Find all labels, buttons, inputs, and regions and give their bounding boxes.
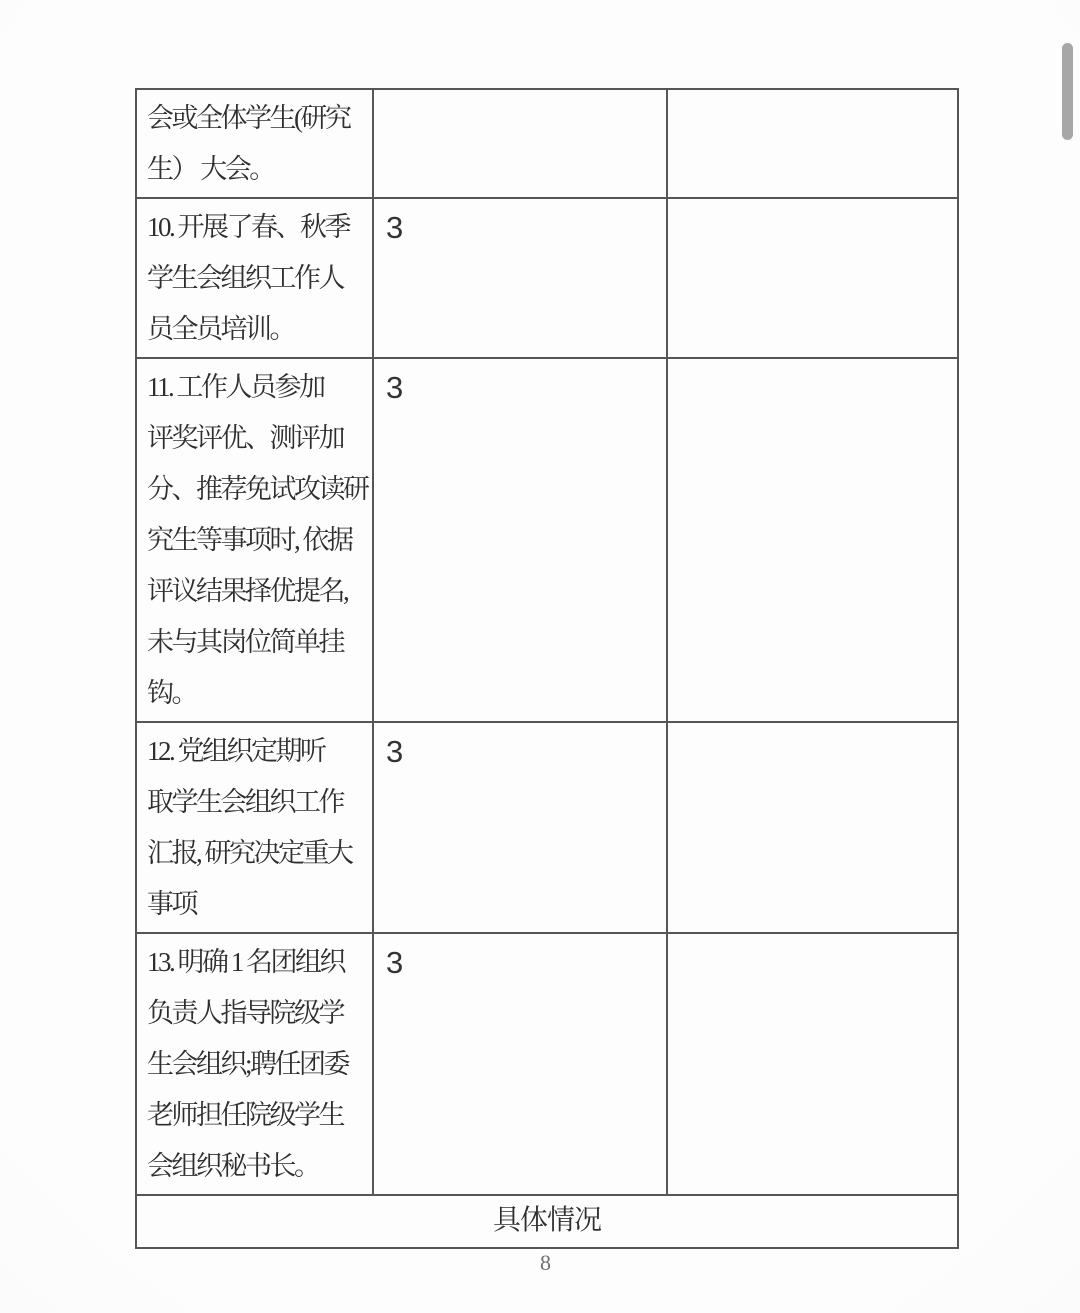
criteria-cell: 10. 开展了春、秋季学生会组织工作人员全员培训。 — [136, 198, 373, 358]
criteria-line: 会或全体学生(研究 — [147, 93, 368, 144]
criteria-line: 取学生会组织工作 — [147, 777, 368, 828]
score-cell: 3 — [373, 358, 667, 722]
criteria-line: 老师担任院级学生 — [147, 1090, 368, 1141]
criteria-line: 12. 党组织定期听 — [147, 726, 368, 777]
criteria-line: 分、推荐免试攻读研 — [147, 464, 368, 515]
criteria-line: 未与其岗位简单挂 — [147, 617, 368, 668]
criteria-cell: 会或全体学生(研究生） 大会。 — [136, 89, 373, 198]
table-row: 会或全体学生(研究生） 大会。 — [136, 89, 958, 198]
criteria-line: 10. 开展了春、秋季 — [147, 202, 368, 253]
criteria-line: 事项 — [147, 879, 368, 930]
scrollbar-thumb[interactable] — [1062, 43, 1073, 140]
criteria-cell: 12. 党组织定期听取学生会组织工作汇报, 研究决定重大事项 — [136, 722, 373, 933]
page-number: 8 — [135, 1250, 957, 1276]
criteria-line: 评奖评优、测评加 — [147, 413, 368, 464]
criteria-line: 钩。 — [147, 668, 368, 719]
notes-cell — [667, 933, 958, 1195]
table-footer-row: 具体情况 — [136, 1195, 958, 1248]
criteria-line: 负责人指导院级学 — [147, 988, 368, 1039]
criteria-line: 员全员培训。 — [147, 304, 368, 355]
criteria-line: 学生会组织工作人 — [147, 253, 368, 304]
table-row: 12. 党组织定期听取学生会组织工作汇报, 研究决定重大事项3 — [136, 722, 958, 933]
criteria-cell: 13. 明确 1 名团组织负责人指导院级学生会组织;聘任团委老师担任院级学生会组… — [136, 933, 373, 1195]
criteria-line: 评议结果择优提名, — [147, 566, 368, 617]
assessment-table-body: 会或全体学生(研究生） 大会。10. 开展了春、秋季学生会组织工作人员全员培训。… — [136, 89, 958, 1195]
notes-cell — [667, 89, 958, 198]
criteria-line: 汇报, 研究决定重大 — [147, 828, 368, 879]
notes-cell — [667, 722, 958, 933]
criteria-line: 13. 明确 1 名团组织 — [147, 937, 368, 988]
table-footer-cell: 具体情况 — [136, 1195, 958, 1248]
criteria-line: 生会组织;聘任团委 — [147, 1039, 368, 1090]
criteria-line: 会组织秘书长。 — [147, 1141, 368, 1192]
document-page: 会或全体学生(研究生） 大会。10. 开展了春、秋季学生会组织工作人员全员培训。… — [0, 0, 1080, 1313]
assessment-table: 会或全体学生(研究生） 大会。10. 开展了春、秋季学生会组织工作人员全员培训。… — [135, 88, 959, 1249]
score-cell: 3 — [373, 198, 667, 358]
score-cell — [373, 89, 667, 198]
criteria-line: 11. 工作人员参加 — [147, 362, 368, 413]
criteria-cell: 11. 工作人员参加评奖评优、测评加分、推荐免试攻读研究生等事项时, 依据评议结… — [136, 358, 373, 722]
table-row: 10. 开展了春、秋季学生会组织工作人员全员培训。3 — [136, 198, 958, 358]
table-row: 11. 工作人员参加评奖评优、测评加分、推荐免试攻读研究生等事项时, 依据评议结… — [136, 358, 958, 722]
notes-cell — [667, 358, 958, 722]
notes-cell — [667, 198, 958, 358]
score-cell: 3 — [373, 722, 667, 933]
table-row: 13. 明确 1 名团组织负责人指导院级学生会组织;聘任团委老师担任院级学生会组… — [136, 933, 958, 1195]
score-cell: 3 — [373, 933, 667, 1195]
criteria-line: 究生等事项时, 依据 — [147, 515, 368, 566]
criteria-line: 生） 大会。 — [147, 144, 368, 195]
